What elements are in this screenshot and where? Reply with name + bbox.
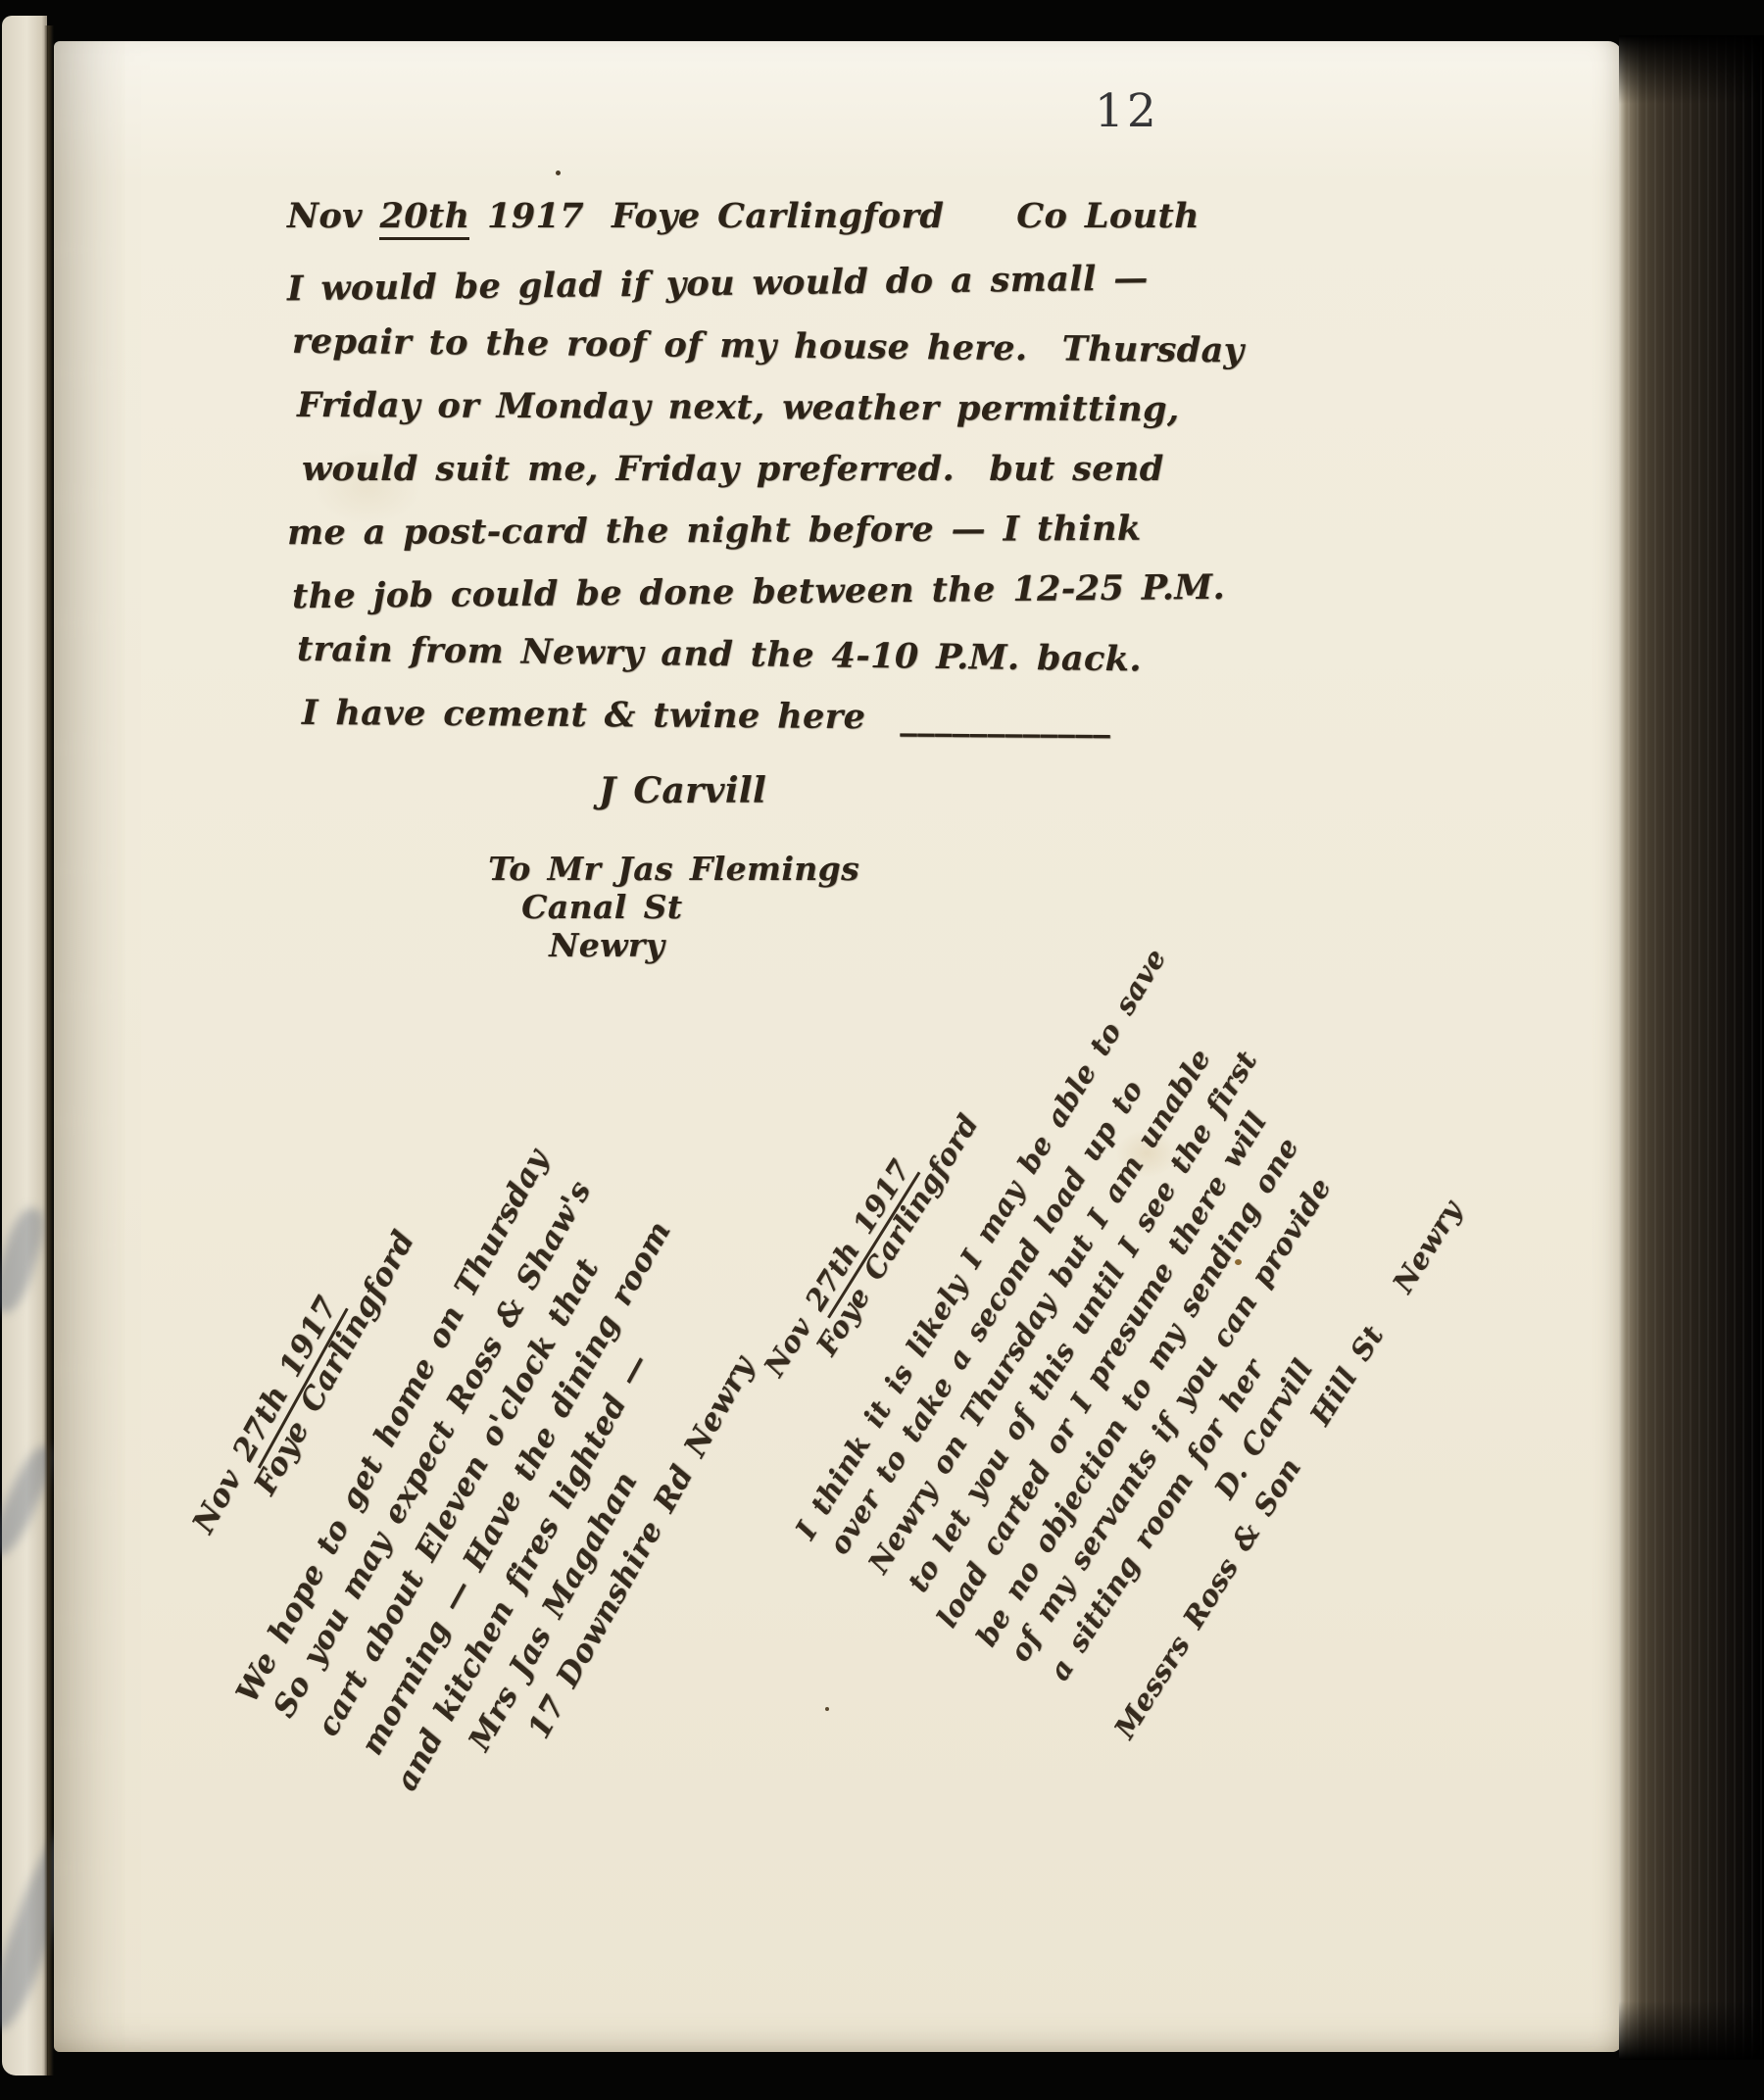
letter-top-body: I would be glad if you would do a small … <box>287 253 1130 747</box>
letter-date: Nov 20th 1917 <box>287 196 584 236</box>
hand-line: Friday or Monday next, weather permittin… <box>297 374 1130 440</box>
hand-line: I have cement & twine here ____________ <box>302 682 1130 750</box>
previous-page-edge <box>2 16 47 2076</box>
notebook-page: 12 Nov 20th 1917 Foye Carlingford Co Lou… <box>54 41 1622 2052</box>
hand-line: would suit me, Friday preferred. but sen… <box>302 438 1130 500</box>
address-line: To Mr Jas Flemings Canal St Newry <box>356 811 859 1002</box>
date-day-underlined: 20th <box>379 196 469 240</box>
hand-line: me a post-card the night before — I thin… <box>287 498 1130 563</box>
hand-line: I would be glad if you would do a small … <box>287 248 1131 320</box>
scanned-letterbook-page: 12 Nov 20th 1917 Foye Carlingford Co Lou… <box>0 0 1764 2100</box>
address-street: Canal St <box>521 888 682 926</box>
page-number: 12 <box>1095 84 1159 138</box>
letter-county: Co Louth <box>1016 196 1200 236</box>
letter-top: Nov 20th 1917 Foye Carlingford Co Louth … <box>287 196 1130 747</box>
address-town: Newry <box>549 926 664 964</box>
ink-speck <box>556 171 561 175</box>
hand-line: the job could be done between the 12-25 … <box>292 558 1131 628</box>
book-gutter-shadow <box>44 25 54 2076</box>
addressee: To Mr Jas Flemings <box>488 850 859 888</box>
letter-top-dateline: Nov 20th 1917 Foye Carlingford Co Louth <box>287 196 1130 253</box>
ink-speck <box>825 1707 829 1711</box>
hand-line: repair to the roof of my house here. Thu… <box>292 311 1131 381</box>
letter-diagonal-left: Nov 27th 1917 Foye Carlingford We hope t… <box>93 1085 799 1843</box>
signature: J Carvill <box>599 770 766 811</box>
letter-diagonal-right: Nov 27th 1917 Foye Carlingford I think i… <box>664 997 1423 1746</box>
page-stack-shadow <box>1619 35 1764 2060</box>
letter-place: Foye Carlingford <box>612 196 944 236</box>
hand-line: train from Newry and the 4-10 P.M. back. <box>297 618 1131 691</box>
book-page-stack-edge <box>1619 35 1764 2060</box>
